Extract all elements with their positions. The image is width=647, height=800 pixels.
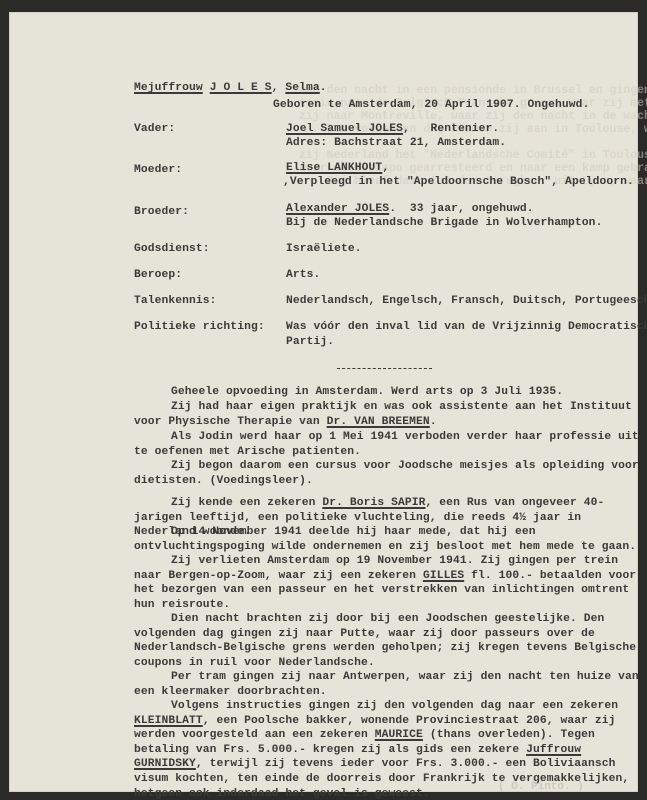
paragraph-1: Geheele opvoeding in Amsterdam. Werd art… [134,385,646,400]
field-value-talenkennis: Nederlandsch, Engelsch, Fransch, Duitsch… [286,295,647,307]
field-value-politiek: Was vóór den inval lid van de Vrijzinnig… [286,321,647,333]
paragraph-2: Zij had haar eigen praktijk en was ook a… [134,400,646,429]
paragraph-9: Per tram gingen zij naar Antwerpen, waar… [134,670,646,699]
paragraph-7: Zij verlieten Amsterdam op 19 November 1… [134,554,646,612]
paragraph-6: Op 14 November 1941 deelde hij haar mede… [134,525,646,554]
field-label-broeder: Broeder: [134,206,189,218]
field-value-godsdienst: Israëliete. [286,243,362,255]
field-label-moeder: Moeder: [134,164,182,176]
brother-details: 33 jaar, ongehuwd. [410,203,534,215]
surname: J O L E S [210,82,272,94]
field-value-moeder: Elise LANKHOUT, [286,162,389,174]
person-name: Dr. Boris SAPIR [322,497,425,509]
field-value-politiek-cont: Partij. [286,336,334,348]
paragraph-8: Dien nacht brachten zij door bij een Joo… [134,612,646,670]
document-page: aan den nacht in een pensionde in Brusse… [9,12,638,792]
faint-signature: ( O. Pinto. ) [498,781,584,793]
father-occupation: Rentenier. [430,123,499,135]
paragraph-3: Als Jodin werd haar op 1 Mei 1941 verbod… [134,430,646,459]
person-name: Dr. VAN BREEMEN [327,416,430,428]
field-label-vader: Vader: [134,123,175,135]
field-value-broeder: Alexander JOLES. 33 jaar, ongehuwd. [286,203,534,215]
birth-line: Geboren te Amsterdam, 20 April 1907. Ong… [273,99,589,111]
brother-name: Alexander JOLES [286,203,389,215]
person-name: GILLES [423,570,464,582]
paragraph-4: Zij begon daarom een cursus voor Joodsch… [134,459,646,488]
mother-note: ,Verpleegd in het "Apeldoornsche Bosch",… [283,176,634,188]
father-name: Joel Samuel JOLES [286,123,403,135]
header-line: Mejuffrouw J O L E S, Selma. [134,82,327,94]
field-label-politiek: Politieke richting: [134,321,265,333]
section-separator [337,368,432,369]
field-label-godsdienst: Godsdienst: [134,243,210,255]
mother-name: Elise LANKHOUT [286,162,382,174]
title-prefix: Mejuffrouw [134,82,203,94]
person-name: KLEINBLATT [134,715,203,727]
father-address: Adres: Bachstraat 21, Amsterdam. [286,137,506,149]
brother-location: Bij de Nederlandsche Brigade in Wolverha… [286,217,602,229]
person-name: MAURICE [375,729,423,741]
field-value-vader: Joel Samuel JOLES, Rentenier. [286,123,499,135]
field-value-beroep: Arts. [286,269,320,281]
given-name: Selma [285,82,319,94]
field-label-beroep: Beroep: [134,269,182,281]
field-label-talenkennis: Talenkennis: [134,295,217,307]
